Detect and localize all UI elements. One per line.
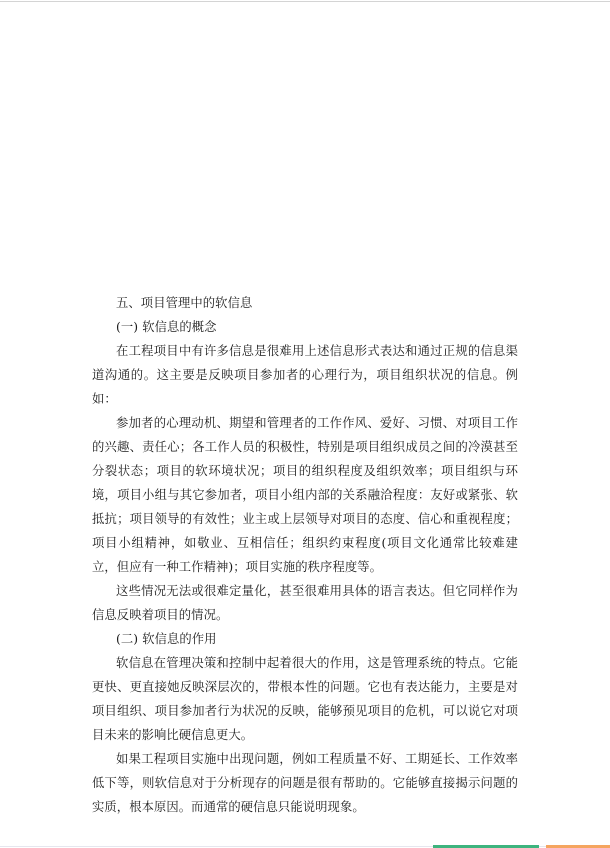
paragraph: 这些情况无法或很难定量化，甚至很难用具体的语言表达。但它同样作为信息反映着项目的… xyxy=(92,579,518,627)
paragraph: 软信息在管理决策和控制中起着很大的作用，这是管理系统的特点。它能更快、更直接她反… xyxy=(92,651,518,747)
paragraph: 在工程项目中有许多信息是很难用上述信息形式表达和通过正规的信息渠道沟通的。这主要… xyxy=(92,339,518,411)
subsection-heading-1: (一) 软信息的概念 xyxy=(92,315,518,339)
subsection-heading-2: (二) 软信息的作用 xyxy=(92,627,518,651)
paragraph: 如果工程项目实施中出现问题，例如工程质量不好、工期延长、工作效率低下等，则软信息… xyxy=(92,747,518,819)
document-page: 五、项目管理中的软信息 (一) 软信息的概念 在工程项目中有许多信息是很难用上述… xyxy=(92,291,518,819)
section-title: 五、项目管理中的软信息 xyxy=(92,291,518,315)
top-border-line xyxy=(0,1,610,2)
paragraph: 参加者的心理动机、期望和管理者的工作作风、爱好、习惯、对项目工作的兴趣、责任心；… xyxy=(92,411,518,579)
